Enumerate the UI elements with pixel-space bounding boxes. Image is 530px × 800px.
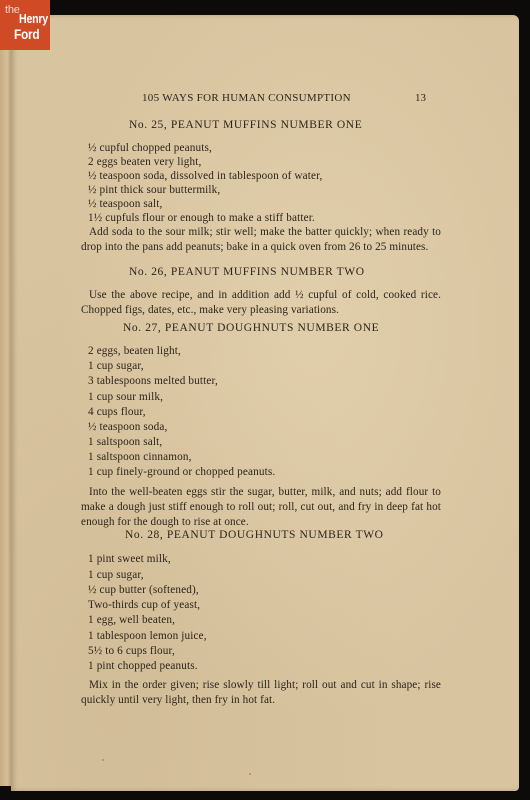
ingredient-item: 1 pint sweet milk,: [88, 552, 171, 567]
running-head: 105 WAYS FOR HUMAN CONSUMPTION: [142, 91, 351, 106]
recipe-directions-26: Use the above recipe, and in addition ad…: [81, 288, 441, 318]
recipe-directions-25: Add soda to the sour milk; stir well; ma…: [81, 225, 441, 255]
book-page: 105 WAYS FOR HUMAN CONSUMPTION 13 No. 25…: [11, 15, 519, 791]
ingredient-item: 1 cup sour milk,: [88, 390, 163, 405]
logo-henry: Henry: [19, 11, 48, 26]
ingredient-item: 2 eggs, beaten light,: [88, 344, 181, 359]
paper-speck: [249, 773, 251, 775]
page-number: 13: [415, 91, 426, 106]
recipe-title-26: No. 26, PEANUT MUFFINS NUMBER TWO: [129, 265, 365, 280]
ingredient-item: 1 pint chopped peanuts.: [88, 659, 198, 674]
paper-speck: [102, 759, 104, 761]
page-content: 105 WAYS FOR HUMAN CONSUMPTION 13 No. 25…: [11, 15, 519, 791]
ingredient-item: ½ pint thick sour buttermilk,: [88, 183, 220, 198]
ingredient-item: 1 cup sugar,: [88, 359, 144, 374]
henry-ford-logo: the Henry Ford: [0, 0, 50, 50]
recipe-directions-28: Mix in the order given; rise slowly till…: [81, 678, 441, 708]
ingredient-item: 1 saltspoon salt,: [88, 435, 162, 450]
ingredient-item: 1 cup sugar,: [88, 568, 144, 583]
ingredient-item: 2 eggs beaten very light,: [88, 155, 201, 170]
ingredient-item: 1 saltspoon cinnamon,: [88, 450, 192, 465]
ingredient-item: ½ teaspoon soda, dissolved in tablespoon…: [88, 169, 323, 184]
recipe-title-25: No. 25, PEANUT MUFFINS NUMBER ONE: [129, 118, 362, 133]
ingredient-item: 3 tablespoons melted butter,: [88, 374, 218, 389]
ingredient-item: 1 tablespoon lemon juice,: [88, 629, 207, 644]
ingredient-item: 1 cup finely-ground or chopped peanuts.: [88, 465, 275, 480]
ingredient-item: 5½ to 6 cups flour,: [88, 644, 175, 659]
ingredient-item: 1 egg, well beaten,: [88, 613, 175, 628]
ingredient-item: ½ teaspoon salt,: [88, 197, 163, 212]
logo-the: the: [5, 4, 20, 16]
ingredient-item: ½ teaspoon soda,: [88, 420, 167, 435]
recipe-title-28: No. 28, PEANUT DOUGHNUTS NUMBER TWO: [125, 528, 384, 543]
ingredient-item: 4 cups flour,: [88, 405, 146, 420]
logo-ford: Ford: [14, 26, 39, 42]
ingredient-item: Two-thirds cup of yeast,: [88, 598, 200, 613]
ingredient-item: 1½ cupfuls flour or enough to make a sti…: [88, 211, 315, 226]
ingredient-item: ½ cupful chopped peanuts,: [88, 141, 212, 156]
recipe-title-27: No. 27, PEANUT DOUGHNUTS NUMBER ONE: [123, 321, 379, 336]
ingredient-item: ½ cup butter (softened),: [88, 583, 199, 598]
recipe-directions-27: Into the well-beaten eggs stir the sugar…: [81, 485, 441, 531]
